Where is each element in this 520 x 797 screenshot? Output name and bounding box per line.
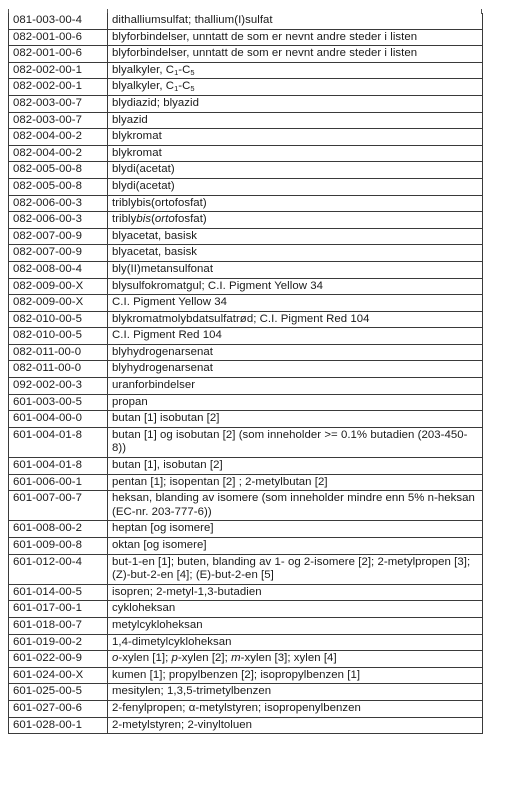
table-row: 601-018-00-7 metylcykloheksan (9, 617, 483, 634)
table-row: 082-009-00-X blysulfokromatgul; C.I. Pig… (9, 278, 483, 295)
table-row: 601-012-00-4 but-1-en [1]; buten, blandi… (9, 554, 483, 584)
substance-name-cell: C.I. Pigment Yellow 34 (108, 295, 483, 312)
substance-name-cell: 2-metylstyren; 2-vinyltoluen (108, 717, 483, 734)
table-row: 082-006-00-3 triblybis(ortofosfat) (9, 212, 483, 229)
table-row: 082-003-00-7 blydiazid; blyazid (9, 95, 483, 112)
table-row: 601-004-00-0 butan [1] isobutan [2] (9, 411, 483, 428)
index-number-cell: 601-028-00-1 (9, 717, 108, 734)
index-number-cell: 601-006-00-1 (9, 474, 108, 491)
index-number-cell: 082-011-00-0 (9, 344, 108, 361)
index-number-cell: 082-002-00-1 (9, 62, 108, 79)
substance-name-cell: blyalkyler, C1-C5 (108, 79, 483, 96)
table-row: 082-011-00-0 blyhydrogenarsenat (9, 344, 483, 361)
table-row: 082-004-00-2 blykromat (9, 129, 483, 146)
table-row: 601-014-00-5 isopren; 2-metyl-1,3-butadi… (9, 584, 483, 601)
index-number-cell: 082-002-00-1 (9, 79, 108, 96)
index-number-cell: 601-012-00-4 (9, 554, 108, 584)
substance-name-cell: o-xylen [1]; p-xylen [2]; m-xylen [3]; x… (108, 651, 483, 668)
table-row: 601-022-00-9 o-xylen [1]; p-xylen [2]; m… (9, 651, 483, 668)
index-number-cell: 601-003-00-5 (9, 394, 108, 411)
table-row: 601-008-00-2 heptan [og isomere] (9, 521, 483, 538)
substance-name-cell: dithalliumsulfat; thallium(I)sulfat (108, 13, 483, 29)
table-row: 601-004-01-8 butan [1], isobutan [2] (9, 458, 483, 475)
table-row: 601-025-00-5 mesitylen; 1,3,5-trimetylbe… (9, 684, 483, 701)
table-row: 082-009-00-X C.I. Pigment Yellow 34 (9, 295, 483, 312)
table-row: 082-004-00-2 blykromat (9, 145, 483, 162)
substance-name-cell: 2-fenylpropen; α-metylstyren; isopropeny… (108, 700, 483, 717)
substance-name-cell: blykromat (108, 145, 483, 162)
index-number-cell: 601-024-00-X (9, 667, 108, 684)
substance-name-cell: butan [1] og isobutan [2] (som inneholde… (108, 427, 483, 457)
index-number-cell: 601-025-00-5 (9, 684, 108, 701)
table-row: 082-006-00-3 triblybis(ortofosfat) (9, 195, 483, 212)
substance-name-cell: butan [1], isobutan [2] (108, 458, 483, 475)
substance-name-cell: C.I. Pigment Red 104 (108, 328, 483, 345)
index-number-cell: 082-005-00-8 (9, 162, 108, 179)
index-number-cell: 082-008-00-4 (9, 261, 108, 278)
index-number-cell: 601-009-00-8 (9, 538, 108, 555)
index-number-cell: 082-001-00-6 (9, 29, 108, 46)
index-number-cell: 601-017-00-1 (9, 601, 108, 618)
substance-name-cell: blyalkyler, C1-C5 (108, 62, 483, 79)
substance-name-cell: blykromat (108, 129, 483, 146)
index-number-cell: 082-007-00-9 (9, 228, 108, 245)
index-number-cell: 082-004-00-2 (9, 145, 108, 162)
table-row: 082-007-00-9 blyacetat, basisk (9, 228, 483, 245)
table-row: 601-017-00-1 cykloheksan (9, 601, 483, 618)
table-row: 082-010-00-5 blykromatmolybdatsulfatrød;… (9, 311, 483, 328)
table-row: 082-005-00-8 blydi(acetat) (9, 162, 483, 179)
table-row: 082-010-00-5 C.I. Pigment Red 104 (9, 328, 483, 345)
substance-name-cell: blyhydrogenarsenat (108, 361, 483, 378)
index-number-cell: 082-009-00-X (9, 278, 108, 295)
index-number-cell: 082-009-00-X (9, 295, 108, 312)
substance-name-cell: uranforbindelser (108, 378, 483, 395)
table-row: 601-006-00-1 pentan [1]; isopentan [2] ;… (9, 474, 483, 491)
index-number-cell: 082-004-00-2 (9, 129, 108, 146)
index-number-cell: 082-001-00-6 (9, 46, 108, 63)
index-number-cell: 601-008-00-2 (9, 521, 108, 538)
index-number-cell: 601-014-00-5 (9, 584, 108, 601)
substance-name-cell: but-1-en [1]; buten, blanding av 1- og 2… (108, 554, 483, 584)
substance-name-cell: 1,4-dimetylcykloheksan (108, 634, 483, 651)
table-row: 082-002-00-1 blyalkyler, C1-C5 (9, 79, 483, 96)
substance-name-cell: isopren; 2-metyl-1,3-butadien (108, 584, 483, 601)
substance-name-cell: blyhydrogenarsenat (108, 344, 483, 361)
table-row: 082-001-00-6 blyforbindelser, unntatt de… (9, 29, 483, 46)
index-number-cell: 601-019-00-2 (9, 634, 108, 651)
substance-name-cell: heptan [og isomere] (108, 521, 483, 538)
table-row: 082-011-00-0 blyhydrogenarsenat (9, 361, 483, 378)
substance-name-cell: blyforbindelser, unntatt de som er nevnt… (108, 29, 483, 46)
index-number-cell: 082-006-00-3 (9, 212, 108, 229)
index-number-cell: 601-027-00-6 (9, 700, 108, 717)
table-row: 082-001-00-6 blyforbindelser, unntatt de… (9, 46, 483, 63)
table-row: 601-009-00-8 oktan [og isomere] (9, 538, 483, 555)
substance-name-cell: cykloheksan (108, 601, 483, 618)
substance-table-body: 081-003-00-4 dithalliumsulfat; thallium(… (9, 13, 483, 734)
table-row: 601-007-00-7 heksan, blanding av isomere… (9, 491, 483, 521)
index-number-cell: 092-002-00-3 (9, 378, 108, 395)
index-number-cell: 082-007-00-9 (9, 245, 108, 262)
index-number-cell: 601-022-00-9 (9, 651, 108, 668)
substance-name-cell: blydiazid; blyazid (108, 95, 483, 112)
substance-name-cell: triblybis(ortofosfat) (108, 212, 483, 229)
substance-name-cell: kumen [1]; propylbenzen [2]; isopropylbe… (108, 667, 483, 684)
substance-name-cell: blydi(acetat) (108, 178, 483, 195)
index-number-cell: 082-003-00-7 (9, 112, 108, 129)
index-number-cell: 082-010-00-5 (9, 311, 108, 328)
index-number-cell: 601-004-01-8 (9, 427, 108, 457)
table-row: 082-008-00-4 bly(II)metansulfonat (9, 261, 483, 278)
substance-name-cell: blyazid (108, 112, 483, 129)
table-row: 082-002-00-1 blyalkyler, C1-C5 (9, 62, 483, 79)
table-row: 601-019-00-2 1,4-dimetylcykloheksan (9, 634, 483, 651)
index-number-cell: 082-010-00-5 (9, 328, 108, 345)
substance-name-cell: propan (108, 394, 483, 411)
index-number-cell: 601-004-01-8 (9, 458, 108, 475)
index-number-cell: 601-004-00-0 (9, 411, 108, 428)
substance-table: 081-003-00-4 dithalliumsulfat; thallium(… (8, 13, 483, 734)
table-row: 601-003-00-5 propan (9, 394, 483, 411)
index-number-cell: 601-007-00-7 (9, 491, 108, 521)
index-number-cell: 082-011-00-0 (9, 361, 108, 378)
substance-name-cell: blykromatmolybdatsulfatrød; C.I. Pigment… (108, 311, 483, 328)
substance-name-cell: triblybis(ortofosfat) (108, 195, 483, 212)
index-number-cell: 081-003-00-4 (9, 13, 108, 29)
substance-name-cell: blysulfokromatgul; C.I. Pigment Yellow 3… (108, 278, 483, 295)
table-row: 601-024-00-X kumen [1]; propylbenzen [2]… (9, 667, 483, 684)
substance-name-cell: oktan [og isomere] (108, 538, 483, 555)
table-row: 082-003-00-7 blyazid (9, 112, 483, 129)
index-number-cell: 082-006-00-3 (9, 195, 108, 212)
document-page: 081-003-00-4 dithalliumsulfat; thallium(… (8, 13, 482, 734)
substance-name-cell: metylcykloheksan (108, 617, 483, 634)
index-number-cell: 082-005-00-8 (9, 178, 108, 195)
table-row: 082-005-00-8 blydi(acetat) (9, 178, 483, 195)
substance-name-cell: blydi(acetat) (108, 162, 483, 179)
table-row: 601-004-01-8 butan [1] og isobutan [2] (… (9, 427, 483, 457)
index-number-cell: 082-003-00-7 (9, 95, 108, 112)
substance-name-cell: bly(II)metansulfonat (108, 261, 483, 278)
substance-name-cell: mesitylen; 1,3,5-trimetylbenzen (108, 684, 483, 701)
substance-name-cell: blyforbindelser, unntatt de som er nevnt… (108, 46, 483, 63)
substance-name-cell: butan [1] isobutan [2] (108, 411, 483, 428)
table-row: 601-027-00-6 2-fenylpropen; α-metylstyre… (9, 700, 483, 717)
substance-name-cell: blyacetat, basisk (108, 245, 483, 262)
table-row: 601-028-00-1 2-metylstyren; 2-vinyltolue… (9, 717, 483, 734)
substance-name-cell: heksan, blanding av isomere (som innehol… (108, 491, 483, 521)
substance-name-cell: pentan [1]; isopentan [2] ; 2-metylbutan… (108, 474, 483, 491)
table-row: 092-002-00-3 uranforbindelser (9, 378, 483, 395)
table-row: 081-003-00-4 dithalliumsulfat; thallium(… (9, 13, 483, 29)
substance-name-cell: blyacetat, basisk (108, 228, 483, 245)
table-row: 082-007-00-9 blyacetat, basisk (9, 245, 483, 262)
index-number-cell: 601-018-00-7 (9, 617, 108, 634)
